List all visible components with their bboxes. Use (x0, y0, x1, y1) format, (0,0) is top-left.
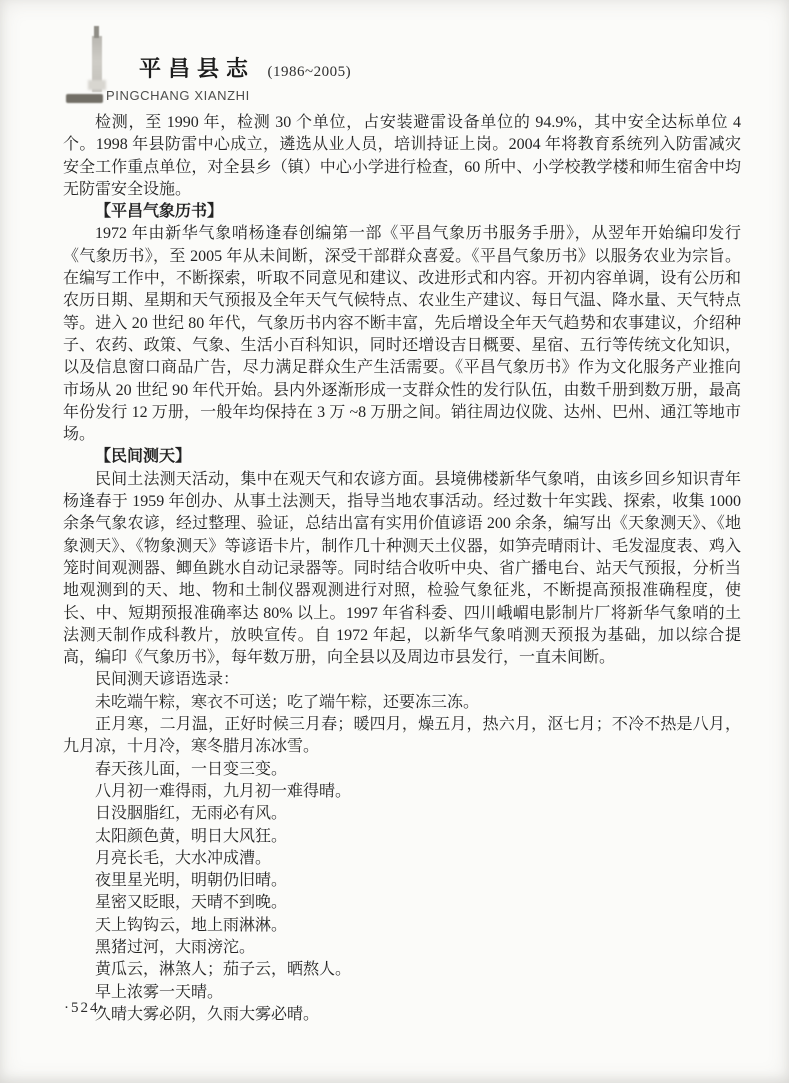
proverb-line: 日没胭脂红，无雨必有风。 (63, 803, 741, 825)
proverb-line: 春天孩儿面，一日变三变。 (63, 759, 741, 781)
monument-logo-base (66, 94, 103, 103)
proverb-line: 星密又眨眼，天晴不到晚。 (63, 892, 741, 914)
book-edition-years: (1986~2005) (268, 64, 352, 80)
book-title: 平昌县志 (1986~2005) (139, 52, 351, 83)
proverb-line: 早上浓雾一天晴。 (63, 982, 741, 1004)
paragraph-almanac: 1972 年由新华气象哨杨逢春创编第一部《平昌气象历书服务手册》，从翌年开始编印… (63, 223, 741, 446)
proverb-line: 久晴大雾必阴，久雨大雾必晴。 (63, 1004, 741, 1026)
proverb-line: 月亮长毛，大水冲成漕。 (63, 848, 741, 870)
book-title-text: 平昌县志 (139, 56, 255, 81)
paragraph-lightning-inspection: 检测，至 1990 年，检测 30 个单位，占安装避雷设备单位的 94.9%，其… (63, 112, 741, 201)
book-title-romanized: PINGCHANG XIANZHI (106, 88, 250, 103)
proverb-line: 黑猪过河，大雨滂沱。 (63, 937, 741, 959)
proverb-line: 太阳颜色黄，明日大风狂。 (63, 826, 741, 848)
proverb-line: 黄瓜云，淋煞人；茄子云，晒熬人。 (63, 959, 741, 981)
section-heading-folk-weather: 【民间测天】 (63, 446, 741, 468)
section-heading-almanac: 【平昌气象历书】 (63, 201, 741, 223)
proverb-line: 夜里星光明，明朝仍旧晴。 (63, 870, 741, 892)
page-masthead: 平昌县志 (1986~2005) PINGCHANG XIANZHI (0, 0, 789, 112)
proverb-line: 天上钩钩云，地上雨淋淋。 (63, 915, 741, 937)
proverb-line: 未吃端午粽，寒衣不可送；吃了端午粽，还要冻三冻。 (63, 692, 741, 714)
monument-logo-icon (92, 36, 102, 92)
page-number: ·524· (64, 1000, 107, 1017)
scanned-book-page: 平昌县志 (1986~2005) PINGCHANG XIANZHI 检测，至 … (0, 0, 789, 1083)
paragraph-folk-weather: 民间土法测天活动，集中在观天气和农谚方面。县境佛楼新华气象哨，由该乡回乡知识青年… (63, 469, 741, 670)
page-body-text: 检测，至 1990 年，检测 30 个单位，占安装避雷设备单位的 94.9%，其… (63, 112, 741, 1026)
proverb-line: 八月初一难得雨，九月初一难得晴。 (63, 781, 741, 803)
proverbs-intro-line: 民间测天谚语选录： (63, 669, 741, 691)
proverb-line: 正月寒，二月温，正好时候三月春；暖四月，燥五月，热六月，沤七月；不冷不热是八月，… (63, 714, 741, 759)
